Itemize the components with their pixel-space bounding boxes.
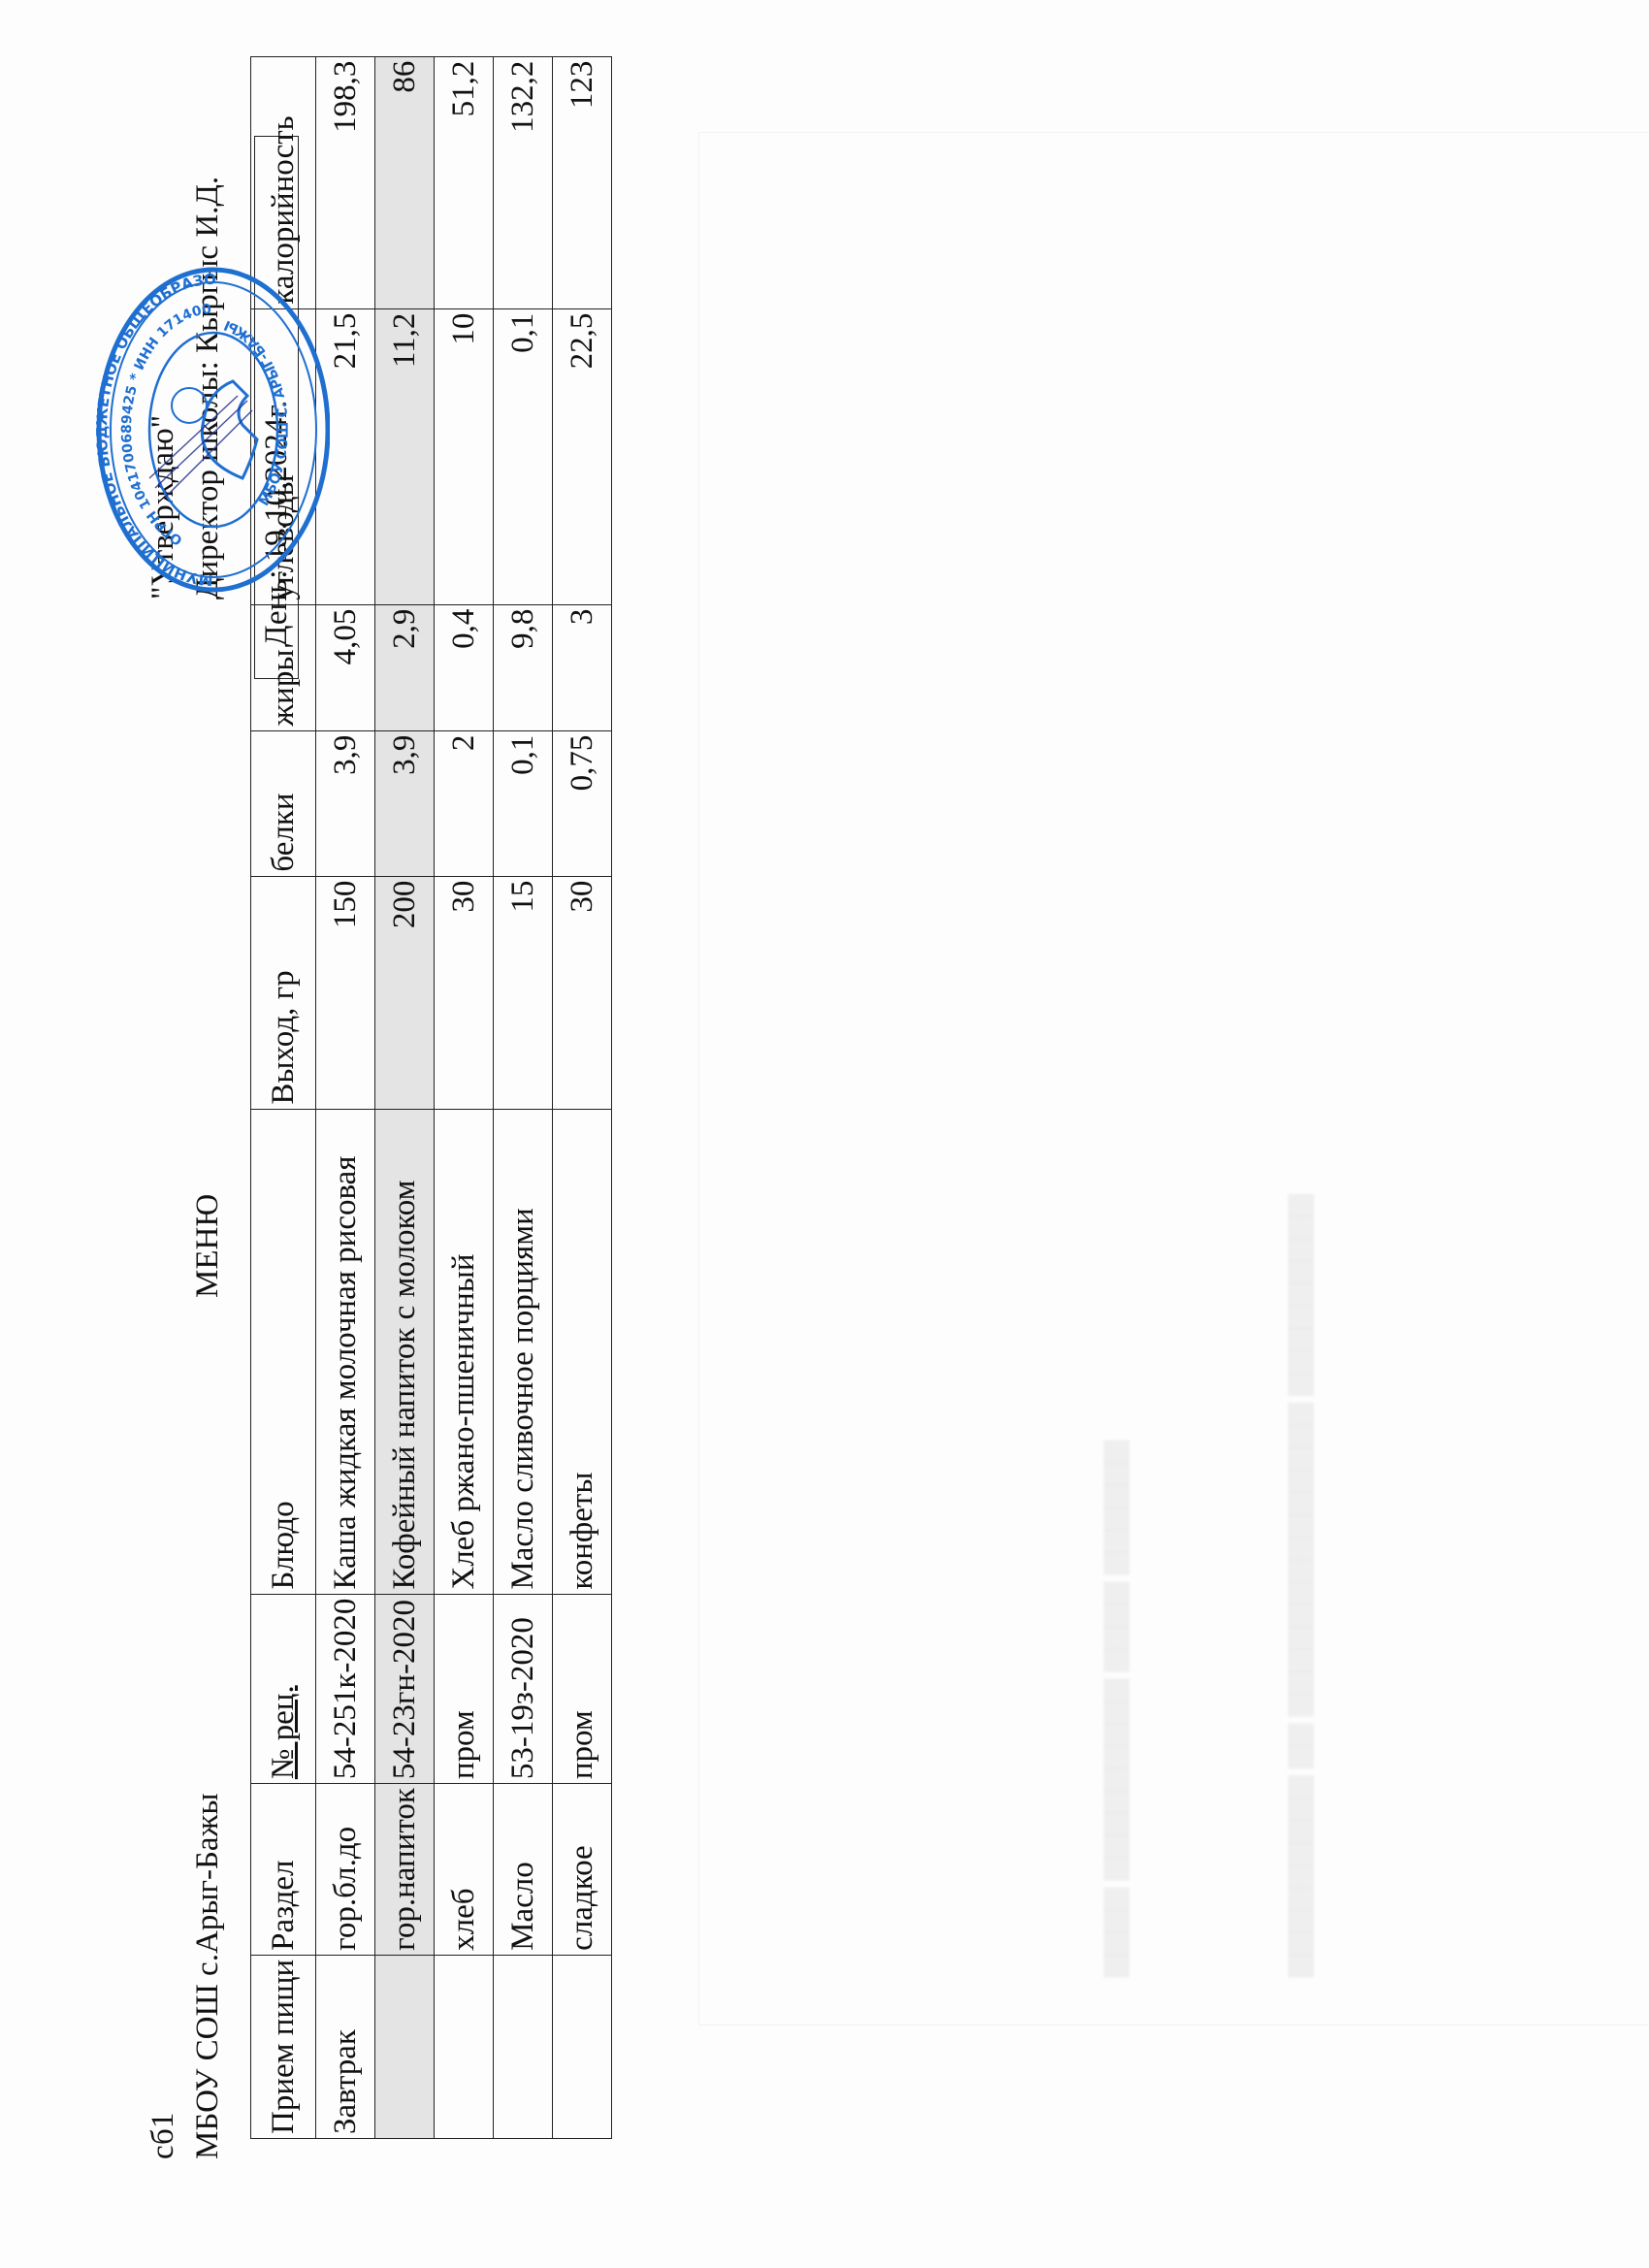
cell-recipe: 53-19з-2020 — [494, 1594, 553, 1784]
cell-meal — [435, 1955, 494, 2138]
cell-dish: Кофейный напиток с молоком — [375, 1109, 435, 1594]
cell-section: гор.бл.до — [316, 1784, 375, 1956]
cell-dish: конфеты — [553, 1109, 612, 1594]
menu-table: Прием пищи Раздел № рец. Блюдо Выход, гр… — [250, 56, 612, 2139]
header-recipe: № рец. — [251, 1594, 316, 1784]
cell-yield: 15 — [494, 876, 553, 1109]
cell-protein: 3,9 — [375, 730, 435, 876]
cell-meal — [375, 1955, 435, 2138]
cell-protein: 3,9 — [316, 730, 375, 876]
cell-fat: 9,8 — [494, 604, 553, 730]
cell-fat: 3 — [553, 604, 612, 730]
cell-meal — [553, 1955, 612, 2138]
cell-recipe: 54-251к-2020 — [316, 1594, 375, 1784]
cell-calories: 132,2 — [494, 56, 553, 308]
cell-yield: 150 — [316, 876, 375, 1109]
header-calories: калорийность — [251, 56, 316, 308]
cell-section: хлеб — [435, 1784, 494, 1956]
table-row: Масло53-19з-2020Масло сливочное порциями… — [494, 56, 553, 2138]
cell-dish: Хлеб ржано-пшеничный — [435, 1109, 494, 1594]
director-signature-line: Директор школы: Кыргыс И.Д. — [190, 177, 226, 599]
cell-fat: 0,4 — [435, 604, 494, 730]
table-row: хлебпромХлеб ржано-пшеничный3020,41051,2 — [435, 56, 494, 2138]
table-header-row: Прием пищи Раздел № рец. Блюдо Выход, гр… — [251, 56, 316, 2138]
cell-meal — [494, 1955, 553, 2138]
page-title: МЕНЮ — [190, 1194, 226, 1298]
cell-calories: 86 — [375, 56, 435, 308]
header-dish: Блюдо — [251, 1109, 316, 1594]
cell-protein: 0,1 — [494, 730, 553, 876]
header-section: Раздел — [251, 1784, 316, 1956]
cell-section: гор.напиток — [375, 1784, 435, 1956]
table-row: Завтракгор.бл.до54-251к-2020Каша жидкая … — [316, 56, 375, 2138]
cell-recipe: пром — [435, 1594, 494, 1784]
document-code: сб1 — [145, 2113, 181, 2159]
school-name: МБОУ СОШ с.Арыг-Бажы — [190, 1793, 226, 2159]
bleed-through-table — [698, 132, 1649, 2025]
rotated-document-page: ▆▆▆▆▆▆ ▆▆▆▆ ▆▆▆▆▆▆▆▆▆ ▆▆▆▆ ▆▆▆▆▆▆▆▆▆ ▆▆▆… — [0, 0, 1649, 2268]
approval-label: "Утверждаю" — [145, 415, 181, 599]
cell-yield: 200 — [375, 876, 435, 1109]
cell-calories: 198,3 — [316, 56, 375, 308]
cell-carbs: 22,5 — [553, 308, 612, 604]
cell-dish: Масло сливочное порциями — [494, 1109, 553, 1594]
cell-calories: 51,2 — [435, 56, 494, 308]
cell-meal: Завтрак — [316, 1955, 375, 2138]
cell-yield: 30 — [435, 876, 494, 1109]
cell-section: Масло — [494, 1784, 553, 1956]
cell-fat: 2,9 — [375, 604, 435, 730]
cell-carbs: 10 — [435, 308, 494, 604]
cell-carbs: 21,5 — [316, 308, 375, 604]
cell-carbs: 0,1 — [494, 308, 553, 604]
header-yield: Выход, гр — [251, 876, 316, 1109]
cell-calories: 123 — [553, 56, 612, 308]
cell-yield: 30 — [553, 876, 612, 1109]
header-carbs: углеводы — [251, 308, 316, 604]
cell-recipe: пром — [553, 1594, 612, 1784]
cell-fat: 4,05 — [316, 604, 375, 730]
table-row: гор.напиток54-23гн-2020Кофейный напиток … — [375, 56, 435, 2138]
cell-carbs: 11,2 — [375, 308, 435, 604]
header-fat: жиры — [251, 604, 316, 730]
table-row: сладкоепромконфеты300,75322,5123 — [553, 56, 612, 2138]
header-protein: белки — [251, 730, 316, 876]
cell-protein: 2 — [435, 730, 494, 876]
header-meal: Прием пищи — [251, 1955, 316, 2138]
cell-recipe: 54-23гн-2020 — [375, 1594, 435, 1784]
cell-section: сладкое — [553, 1784, 612, 1956]
cell-protein: 0,75 — [553, 730, 612, 876]
cell-dish: Каша жидкая молочная рисовая — [316, 1109, 375, 1594]
